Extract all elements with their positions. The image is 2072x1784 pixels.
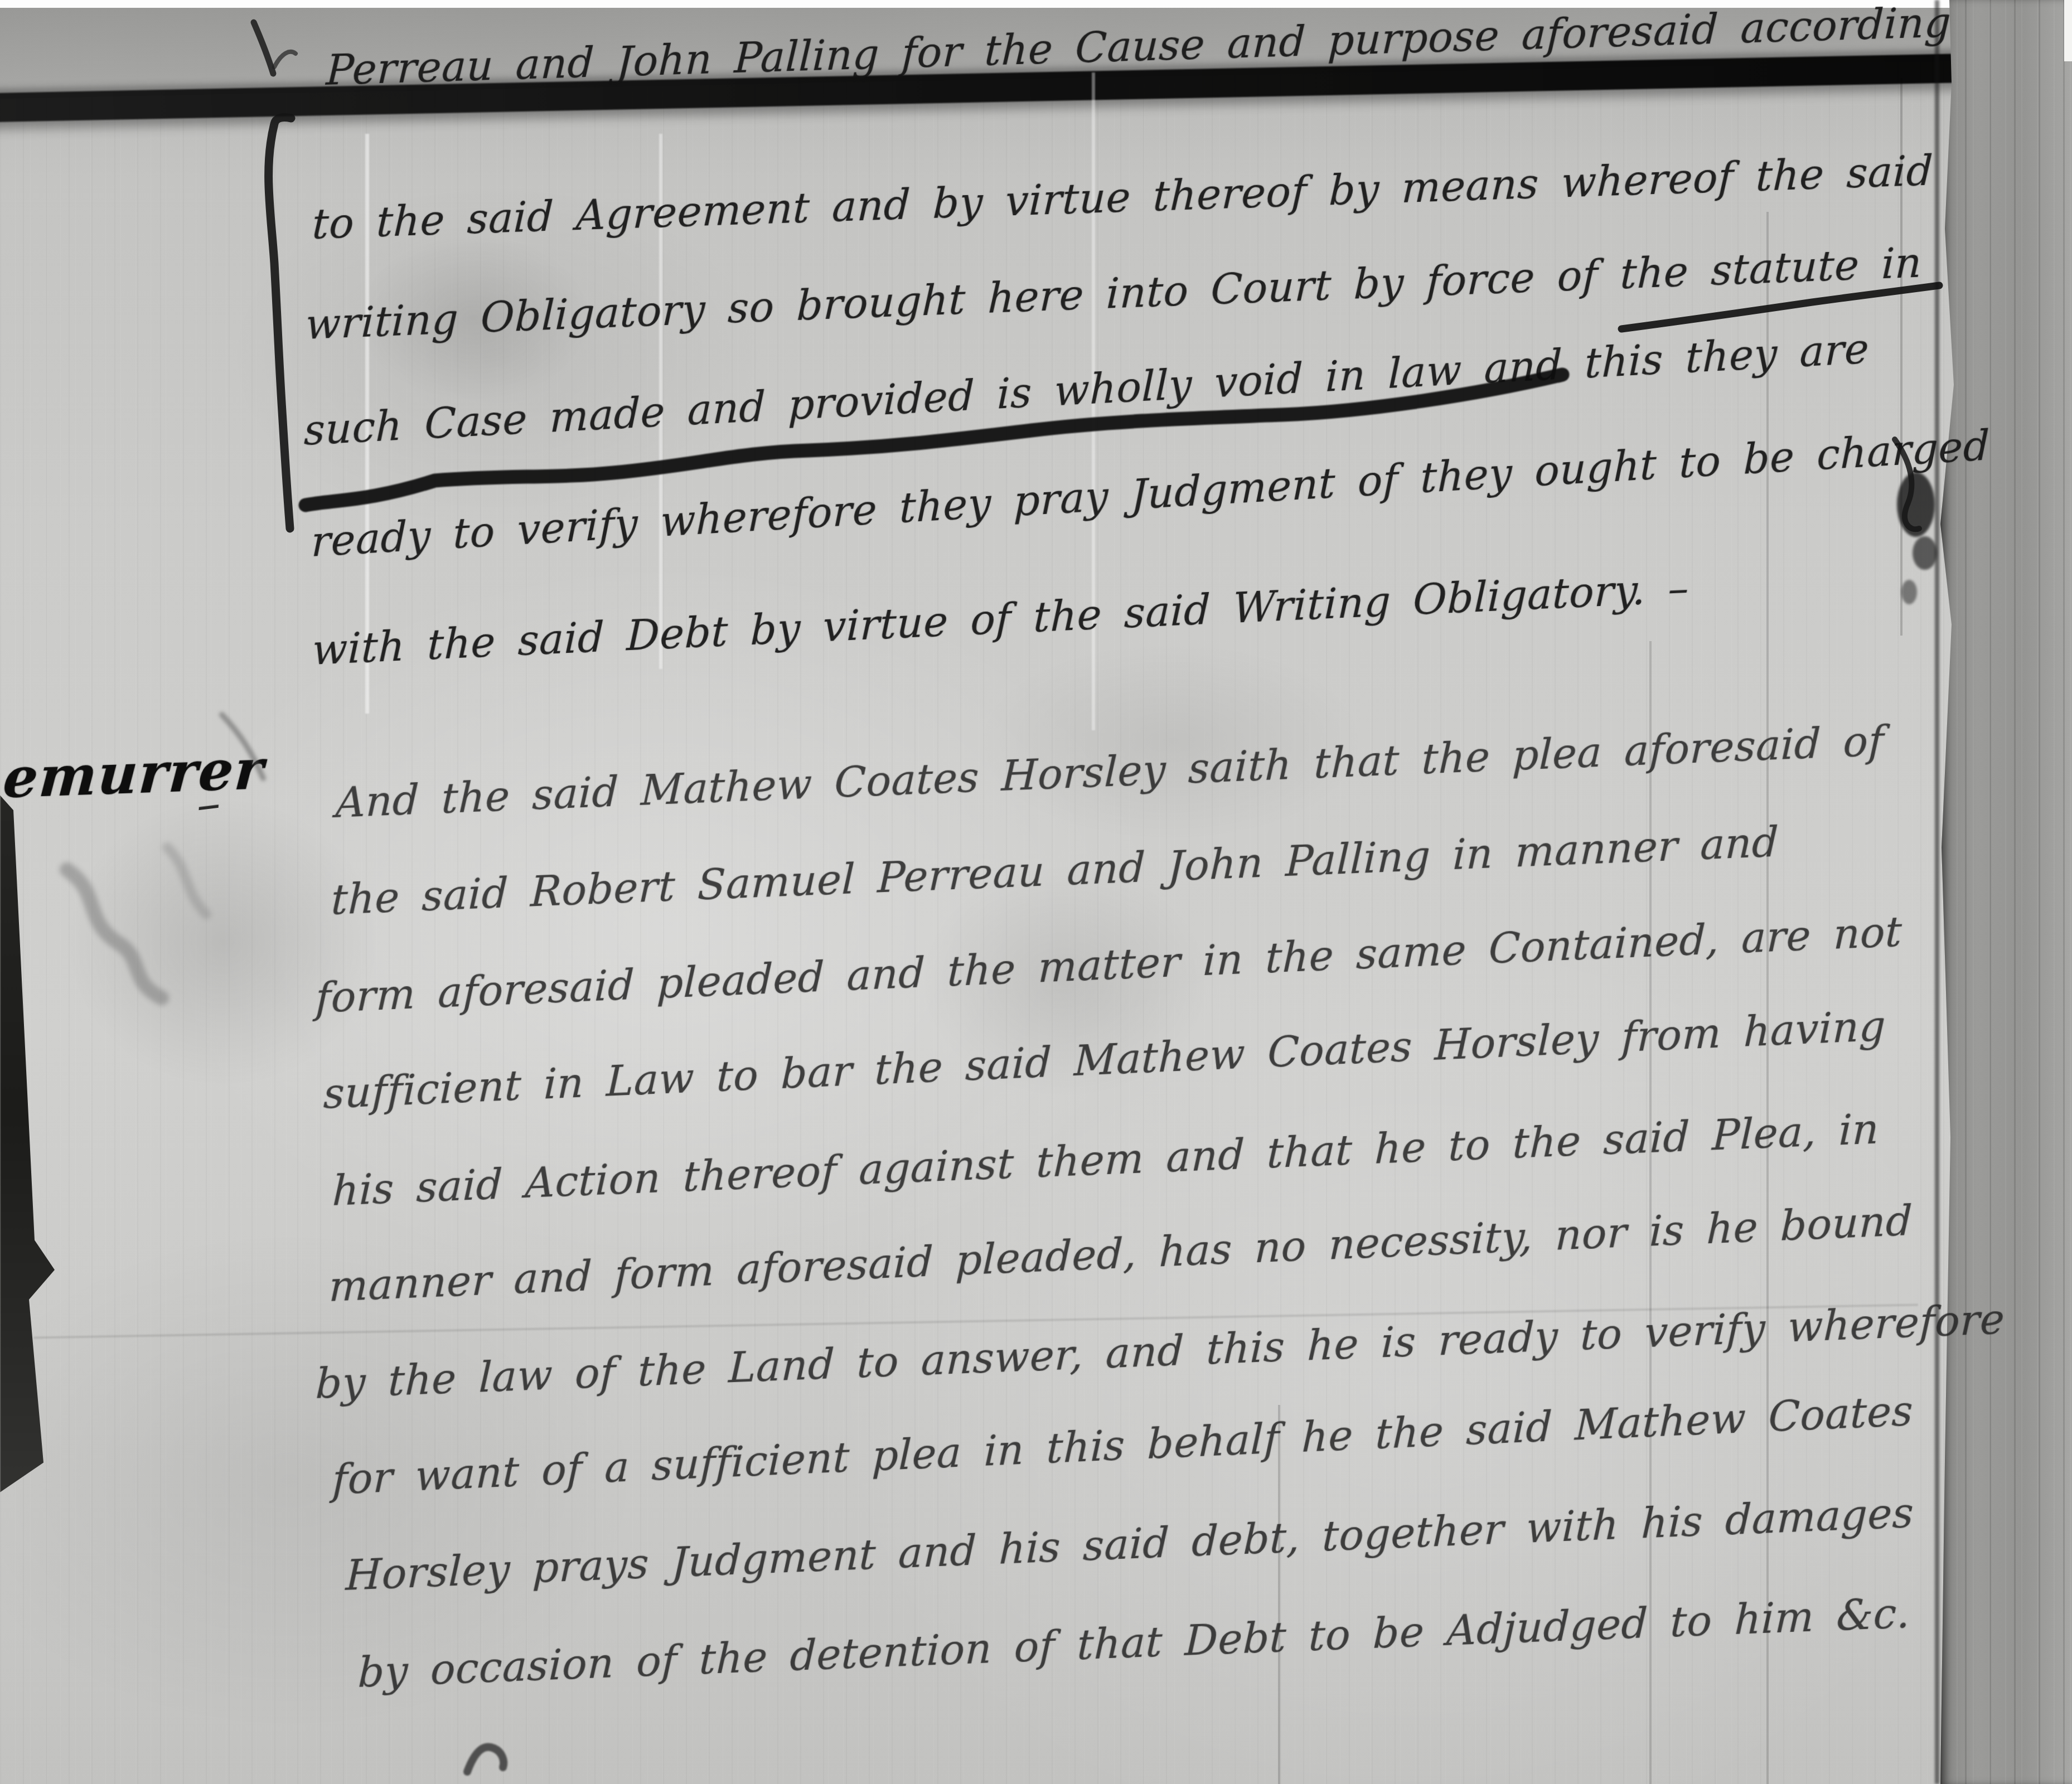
adjacent-page-strip [1940,0,2072,1784]
demurrer-line: the said Robert Samuel Perreau and John … [330,812,1779,931]
demurrer-line: And the said Mathew Coates Horsley saith… [335,710,1885,834]
ghost-writing-mark [167,847,206,914]
paper-stain [67,797,379,1087]
top-right-white-sliver [2064,0,2072,61]
left-edge-dark-wedge [0,780,84,1522]
page-edge-shadow [1935,0,1939,1784]
ink-blot [1901,580,1917,604]
plea-line: with the said Debt by virtue of the said… [312,557,1690,681]
margin-note-demurrer: emurrer [1,733,267,815]
plea-line: to the said Agreement and by virtue ther… [311,140,1934,255]
demurrer-line: Horsley prays Judgment and his said debt… [345,1482,1915,1607]
manuscript-page-photo: Perreau and John Palling for the Cause a… [0,0,2072,1784]
bottom-smudge [467,1747,504,1772]
margin-bracket-stroke [269,117,291,529]
ghost-writing-mark [67,870,162,998]
demurrer-line: by occasion of the detention of that Deb… [357,1583,1911,1704]
ink-blot [1897,472,1935,537]
ink-blot [1913,536,1937,570]
